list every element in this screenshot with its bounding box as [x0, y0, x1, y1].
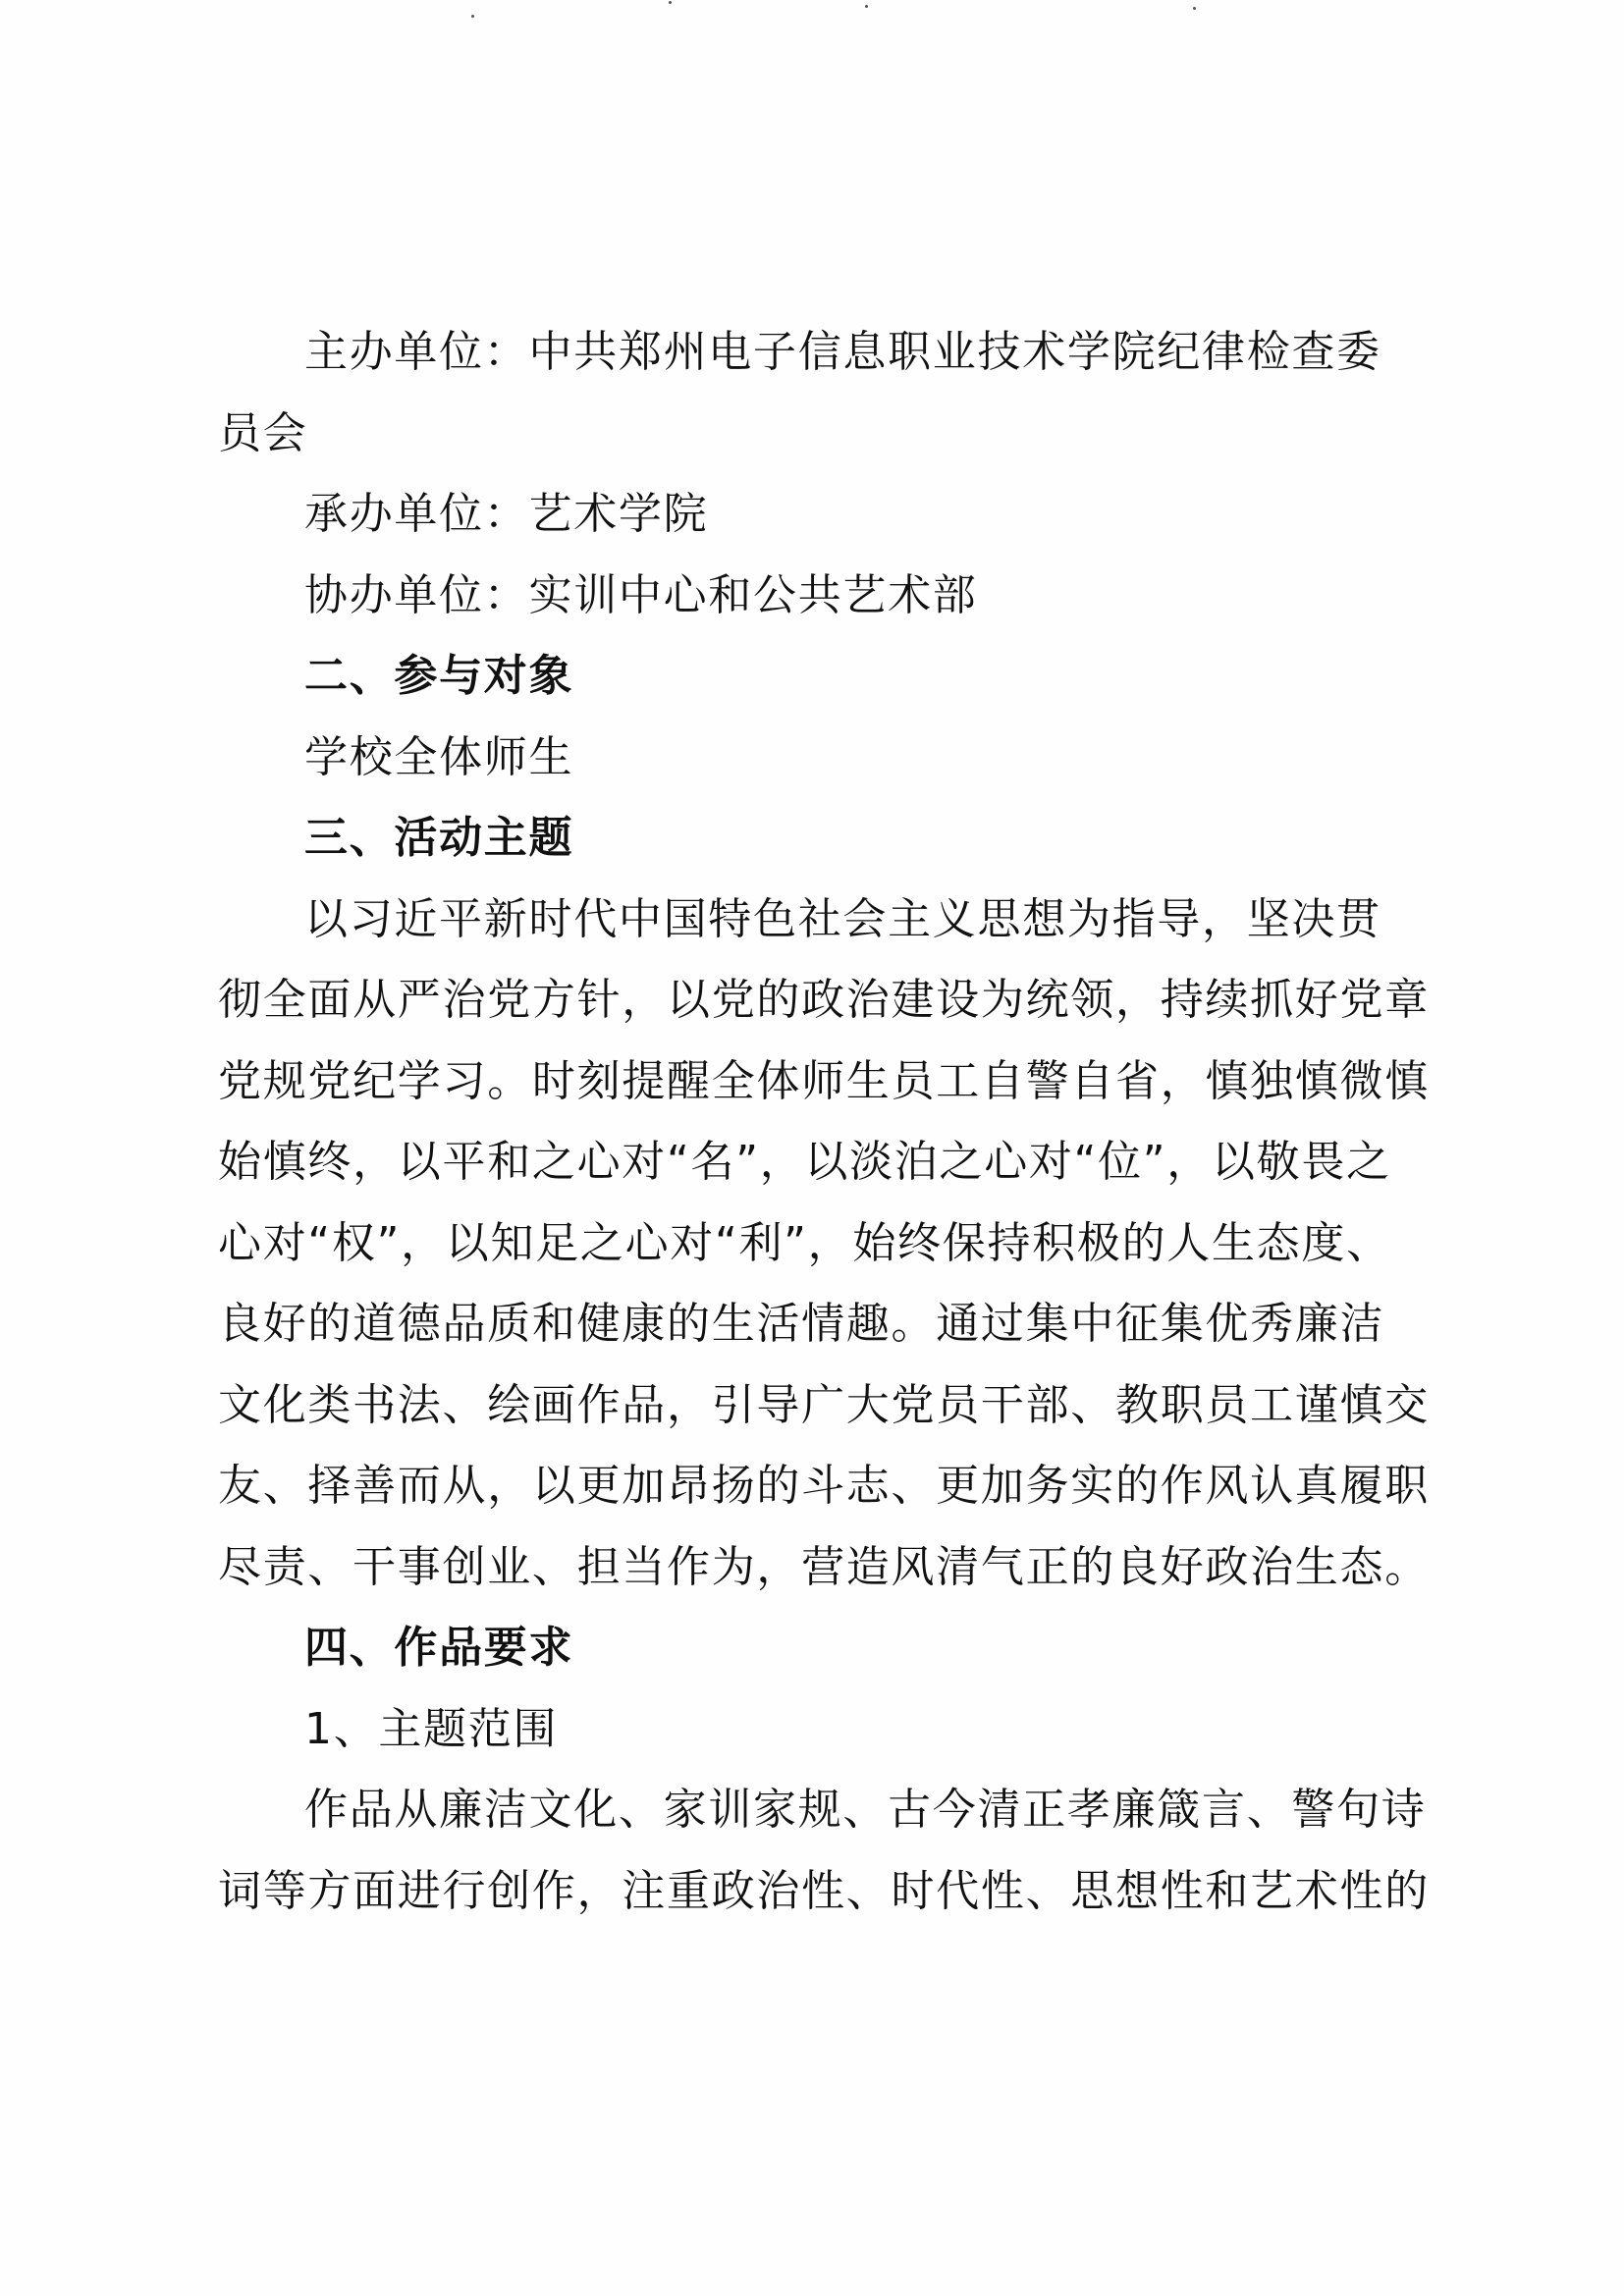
subsection-heading-scope: 1、主题范围 [218, 1689, 1386, 1771]
paragraph-line: 以习近平新时代中国特色社会主义思想为指导，坚决贯 [218, 880, 1386, 961]
host-unit-line: 承办单位：艺术学院 [218, 474, 1386, 556]
document-body: 主办单位：中共郑州电子信息职业技术学院纪律检查委 员会 承办单位：艺术学院 协办… [218, 312, 1386, 1932]
scan-speck [1193, 7, 1196, 10]
section-heading-theme: 三、活动主题 [218, 798, 1386, 880]
scan-speck [865, 5, 868, 8]
paragraph-line: 心对“权”，以知足之心对“利”，始终保持积极的人生态度、 [218, 1203, 1386, 1285]
section-heading-participants: 二、参与对象 [218, 636, 1386, 718]
paragraph-line: 作品从廉洁文化、家训家规、古今清正孝廉箴言、警句诗 [218, 1770, 1386, 1851]
scan-speck [471, 15, 474, 18]
co-organizer-line: 协办单位：实训中心和公共艺术部 [218, 556, 1386, 637]
paragraph-line: 文化类书法、绘画作品，引导广大党员干部、教职员工谨慎交 [218, 1365, 1386, 1447]
organizer-line-continued: 员会 [218, 394, 1386, 475]
paragraph-line: 彻全面从严治党方针，以党的政治建设为统领，持续抓好党章 [218, 960, 1386, 1041]
paragraph-line: 尽责、干事创业、担当作为，营造风清气正的良好政治生态。 [218, 1527, 1386, 1609]
paragraph-line: 始慎终，以平和之心对“名”，以淡泊之心对“位”，以敬畏之 [218, 1122, 1386, 1203]
paragraph-line: 词等方面进行创作，注重政治性、时代性、思想性和艺术性的 [218, 1851, 1386, 1933]
paragraph-line: 党规党纪学习。时刻提醒全体师生员工自警自省，慎独慎微慎 [218, 1041, 1386, 1123]
participants-text: 学校全体师生 [218, 718, 1386, 799]
section-heading-requirements: 四、作品要求 [218, 1608, 1386, 1689]
organizer-line: 主办单位：中共郑州电子信息职业技术学院纪律检查委 [218, 312, 1386, 394]
scan-speck [669, 1, 672, 4]
paragraph-line: 友、择善而从，以更加昂扬的斗志、更加务实的作风认真履职 [218, 1446, 1386, 1527]
paragraph-line: 良好的道德品质和健康的生活情趣。通过集中征集优秀廉洁 [218, 1284, 1386, 1365]
document-page: 主办单位：中共郑州电子信息职业技术学院纪律检查委 员会 承办单位：艺术学院 协办… [0, 0, 1624, 2296]
